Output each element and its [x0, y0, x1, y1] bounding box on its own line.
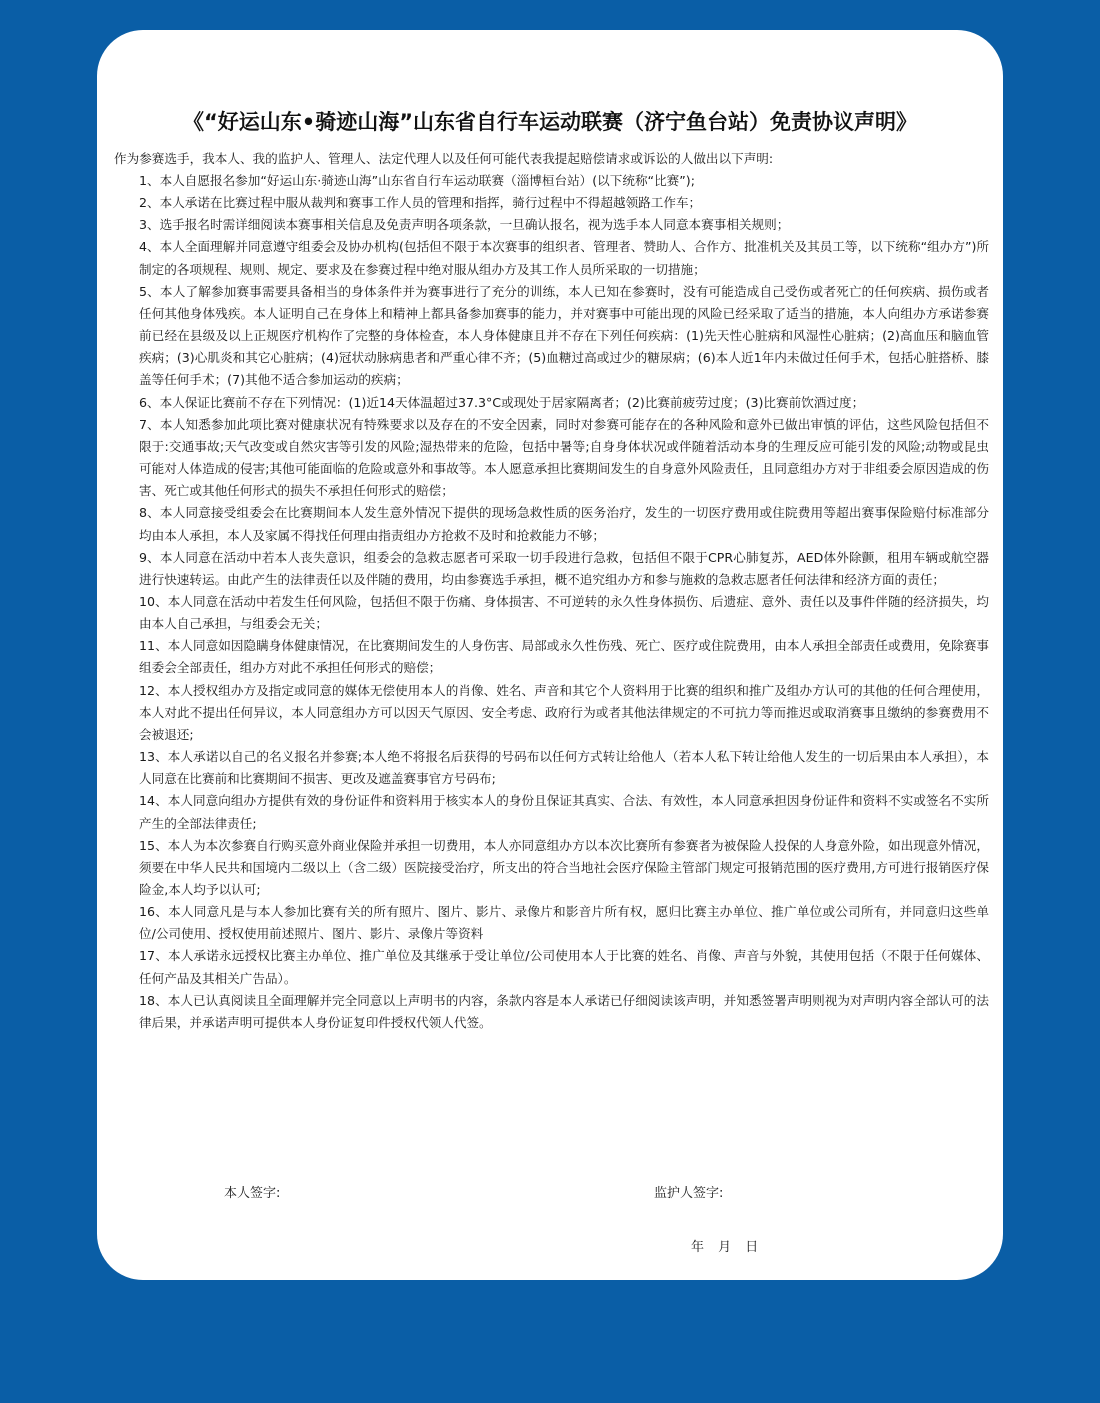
- guardian-signature-label: 监护人签字:: [654, 1182, 723, 1201]
- clause-14: 14、本人同意向组办方提供有效的身份证件和资料用于核实本人的身份且保证其真实、合…: [139, 790, 989, 834]
- clause-15: 15、本人为本次参赛自行购买意外商业保险并承担一切费用，本人亦同意组办方以本次比…: [139, 835, 989, 901]
- clause-2: 2、本人承诺在比赛过程中服从裁判和赛事工作人员的管理和指挥，骑行过程中不得超越领…: [139, 192, 989, 214]
- clause-1: 1、本人自愿报名参加“好运山东·骑迹山海”山东省自行车运动联赛（淄博桓台站）(以…: [139, 170, 989, 192]
- clause-13: 13、本人承诺以自己的名义报名并参赛;本人绝不将报名后获得的号码布以任何方式转让…: [139, 746, 989, 790]
- clause-4: 4、本人全面理解并同意遵守组委会及协办机构(包括但不限于本次赛事的组织者、管理者…: [139, 236, 989, 280]
- clause-11: 11、本人同意如因隐瞒身体健康情况，在比赛期间发生的人身伤害、局部或永久性伤残、…: [139, 635, 989, 679]
- clause-list: 1、本人自愿报名参加“好运山东·骑迹山海”山东省自行车运动联赛（淄博桓台站）(以…: [139, 170, 989, 1034]
- document-intro: 作为参赛选手，我本人、我的监护人、管理人、法定代理人以及任何可能代表我提起赔偿请…: [114, 148, 773, 170]
- document-title: 《“好运山东•骑迹山海”山东省自行车运动联赛（济宁鱼台站）免责协议声明》: [97, 106, 1003, 136]
- clause-10: 10、本人同意在活动中若发生任何风险，包括但不限于伤痛、身体损害、不可逆转的永久…: [139, 591, 989, 635]
- clause-16: 16、本人同意凡是与本人参加比赛有关的所有照片、图片、影片、录像片和影音片所有权…: [139, 901, 989, 945]
- clause-6: 6、本人保证比赛前不存在下列情况：(1)近14天体温超过37.3°C或现处于居家…: [139, 392, 989, 414]
- self-signature-label: 本人签字:: [224, 1182, 280, 1201]
- clause-5: 5、本人了解参加赛事需要具备相当的身体条件并为赛事进行了充分的训练，本人已知在参…: [139, 281, 989, 392]
- clause-8: 8、本人同意接受组委会在比赛期间本人发生意外情况下提供的现场急救性质的医务治疗，…: [139, 502, 989, 546]
- clause-3: 3、选手报名时需详细阅读本赛事相关信息及免责声明各项条款，一旦确认报名，视为选手…: [139, 214, 989, 236]
- clause-9: 9、本人同意在活动中若本人丧失意识，组委会的急救志愿者可采取一切手段进行急救，包…: [139, 547, 989, 591]
- clause-18: 18、本人已认真阅读且全面理解并完全同意以上声明书的内容，条款内容是本人承诺已仔…: [139, 990, 989, 1034]
- date-label: 年 月 日: [691, 1236, 758, 1255]
- clause-12: 12、本人授权组办方及指定或同意的媒体无偿使用本人的肖像、姓名、声音和其它个人资…: [139, 680, 989, 746]
- clause-17: 17、本人承诺永远授权比赛主办单位、推广单位及其继承于受让单位/公司使用本人于比…: [139, 945, 989, 989]
- document-card: 《“好运山东•骑迹山海”山东省自行车运动联赛（济宁鱼台站）免责协议声明》 作为参…: [97, 30, 1003, 1280]
- clause-7: 7、本人知悉参加此项比赛对健康状况有特殊要求以及存在的不安全因素，同时对参赛可能…: [139, 414, 989, 503]
